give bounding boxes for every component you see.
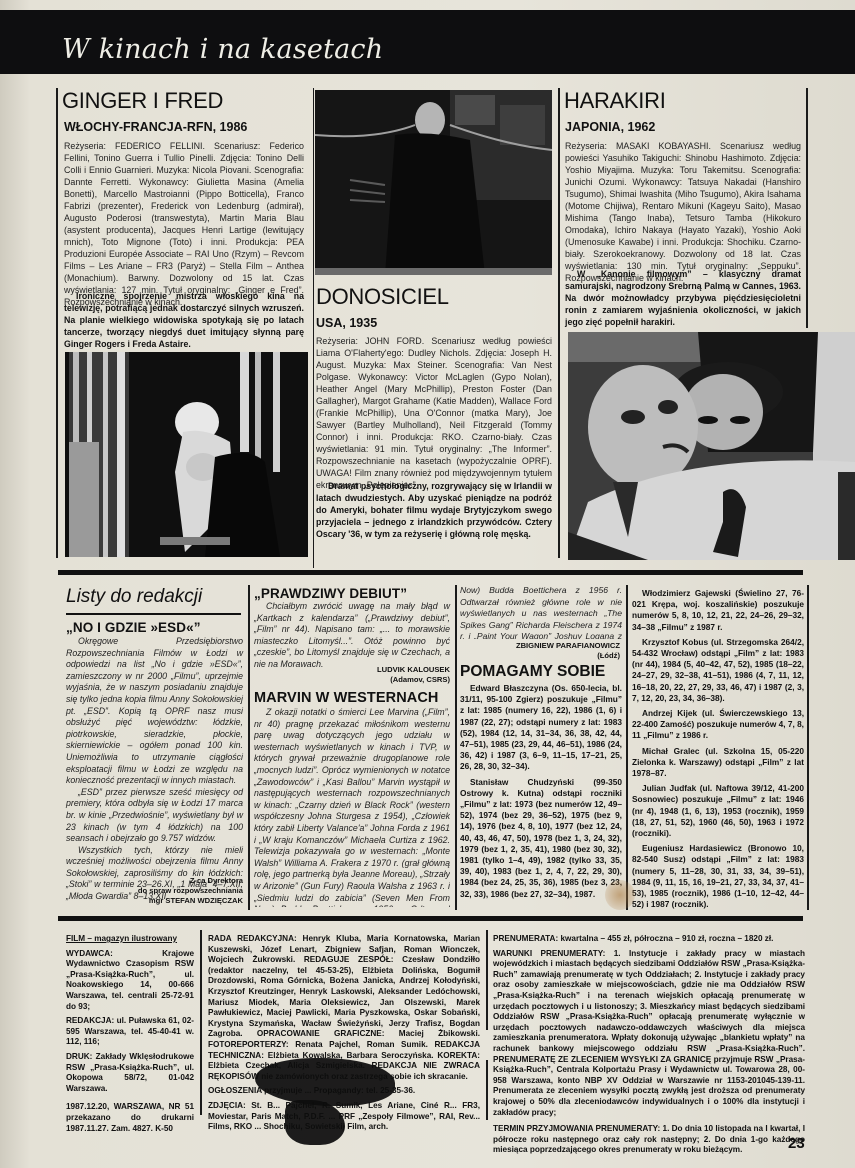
- letter-body: Chciałbym zwrócić uwagę na mały błąd w „…: [254, 601, 450, 671]
- photo-image: [568, 332, 855, 560]
- ad-entry: Krzysztof Kobus (ul. Strzegomska 264/2, …: [632, 637, 804, 704]
- column-rule: [455, 585, 457, 910]
- signature-line: do spraw rozpowszechniania: [66, 886, 243, 896]
- column-rule: [626, 585, 628, 910]
- film-credits: Reżyseria: FEDERICO FELLINI. Scenariusz:…: [64, 140, 304, 308]
- ad-entry: Andrzej Kijek (ul. Świerczewskiego 13, 2…: [632, 708, 804, 742]
- column-rule: [56, 88, 58, 558]
- section-divider: [58, 916, 803, 921]
- film-origin: WŁOCHY-FRANCJA-RFN, 1986: [64, 120, 247, 134]
- letter-title: MARVIN W WESTERNACH: [254, 690, 439, 706]
- subscription-deadline: TERMIN PRZYJMOWANIA PRENUMERATY: 1. Do d…: [493, 1124, 805, 1156]
- ad-entry: Edward Błaszczyna (Os. 650-lecia, bl. 31…: [460, 683, 622, 773]
- section-divider: [58, 570, 803, 575]
- column-rule: [806, 88, 808, 328]
- magazine-page: W kinach i na kasetach GINGER I FRED WŁO…: [0, 0, 855, 1168]
- signature-line: LUDVIK KALOUSEK: [254, 665, 450, 675]
- letter-signature: ZBIGNIEW PARAFIANOWICZ (Łódź): [460, 641, 620, 661]
- column-rule: [248, 585, 250, 910]
- column-rule: [486, 1060, 488, 1120]
- ad-entry: Eugeniusz Hardasiewicz (Bronowo 10, 82-5…: [632, 843, 804, 910]
- printer-info: DRUK: Zakłady Wklęsłodrukowe RSW „Prasa-…: [66, 1052, 194, 1094]
- section-underline: [66, 613, 241, 615]
- letter-title: „PRAWDZIWY DEBIUT”: [254, 586, 407, 601]
- subscription-prices: PRENUMERATA: kwartalna – 455 zł, półrocz…: [493, 934, 805, 945]
- film-credits: Reżyseria: MASAKI KOBAYASHI. Scenariusz …: [565, 140, 801, 284]
- section-title-pomagamy: POMAGAMY SOBIE: [460, 663, 605, 681]
- film-blurb: Dramat psychologiczny, rozgrywający się …: [316, 480, 552, 540]
- photo-image: [65, 352, 308, 557]
- ad-entry: Julian Judfak (ul. Naftowa 39/12, 41-200…: [632, 783, 804, 839]
- letter-body: Z okazji notatki o śmierci Lee Marvina (…: [254, 707, 450, 907]
- signature-line: ZBIGNIEW PARAFIANOWICZ: [460, 641, 620, 651]
- issue-info: 1987.12.20, WARSZAWA, NR 51 przekazano d…: [66, 1102, 194, 1134]
- signature-line: (Łódź): [460, 651, 620, 661]
- letter-paragraph: „ESD” przez pierwsze sześć miesięcy od p…: [66, 787, 243, 845]
- page-number: 23: [788, 1135, 805, 1152]
- paper-stain: [605, 880, 635, 910]
- film-title-ginger-i-fred: GINGER I FRED: [62, 88, 223, 114]
- film-title-donosiciel: DONOSICIEL: [316, 284, 449, 310]
- editorial-address: REDAKCJA: ul. Puławska 61, 02-595 Warsza…: [66, 1016, 194, 1048]
- section-title-letters: Listy do redakcji: [66, 586, 202, 608]
- header-band: W kinach i na kasetach: [0, 10, 855, 74]
- column-rule: [313, 88, 314, 568]
- letter-signature: LUDVIK KALOUSEK (Adamov, CSRS): [254, 665, 450, 685]
- film-credits: Reżyseria: JOHN FORD. Scenariusz według …: [316, 335, 552, 491]
- column-rule: [558, 88, 560, 558]
- subscription-info: PRENUMERATA: kwartalna – 455 zł, półrocz…: [493, 934, 805, 1160]
- film-title-harakiri: HARAKIRI: [564, 88, 666, 114]
- ads-column-1: Edward Błaszczyna (Os. 650-lecia, bl. 31…: [460, 683, 622, 904]
- letter-continuation: Now) Budda Boettichera z 1956 r. Odtwarz…: [460, 585, 622, 639]
- ad-entry: Michał Gralec (ul. Szkolna 15, 05-220 Zi…: [632, 746, 804, 780]
- column-rule: [200, 930, 202, 1115]
- letter-paragraph: Z okazji notatki o śmierci Lee Marvina (…: [254, 707, 450, 907]
- film-still-donosiciel: [315, 90, 552, 275]
- publisher-info: WYDAWCA: Krajowe Wydawnictwo Czasopism R…: [66, 949, 194, 1013]
- film-blurb: Ironiczne spojrzenie mistrza włoskiego k…: [64, 290, 304, 350]
- film-still-harakiri: [568, 332, 855, 560]
- signature-line: (Adamov, CSRS): [254, 675, 450, 685]
- letter-paragraph: Okręgowe Przedsiębiorstwo Rozpowszechnia…: [66, 636, 243, 787]
- letter-paragraph: Chciałbym zwrócić uwagę na mały błąd w „…: [254, 601, 450, 671]
- film-still-ginger-i-fred: [65, 352, 308, 557]
- letter-title: „NO I GDZIE »ESD«”: [66, 620, 201, 635]
- film-origin: USA, 1935: [316, 316, 377, 330]
- page-title: W kinach i na kasetach: [62, 34, 383, 65]
- editorial-staff: RADA REDAKCYJNA: Henryk Kluba, Maria Kor…: [208, 934, 480, 1137]
- column-rule: [486, 930, 488, 1030]
- letter-body: Okręgowe Przedsiębiorstwo Rozpowszechnia…: [66, 636, 243, 903]
- column-rule: [807, 585, 809, 910]
- photo-image: [315, 90, 552, 275]
- signature-line: Z-ca Dyrektora: [66, 876, 243, 886]
- magazine-name: FILM – magazyn ilustrowany: [66, 934, 194, 945]
- film-origin: JAPONIA, 1962: [565, 120, 655, 134]
- signature-line: mgr STEFAN WDZIĘCZAK: [66, 896, 243, 906]
- ads-column-2: Włodzimierz Gajewski (Świelino 27, 76-02…: [632, 588, 804, 914]
- ad-entry: Stanisław Chudzyński (99-350 Ostrowy k. …: [460, 777, 622, 900]
- letter-signature: Z-ca Dyrektora do spraw rozpowszechniani…: [66, 876, 243, 906]
- ad-entry: Włodzimierz Gajewski (Świelino 27, 76-02…: [632, 588, 804, 633]
- masthead: FILM – magazyn ilustrowany WYDAWCA: Kraj…: [66, 934, 194, 1138]
- subscription-conditions: WARUNKI PRENUMERATY: 1. Instytucje i zak…: [493, 949, 805, 1119]
- film-blurb: W „Kanonie filmowym” – klasyczny dramat …: [565, 268, 801, 328]
